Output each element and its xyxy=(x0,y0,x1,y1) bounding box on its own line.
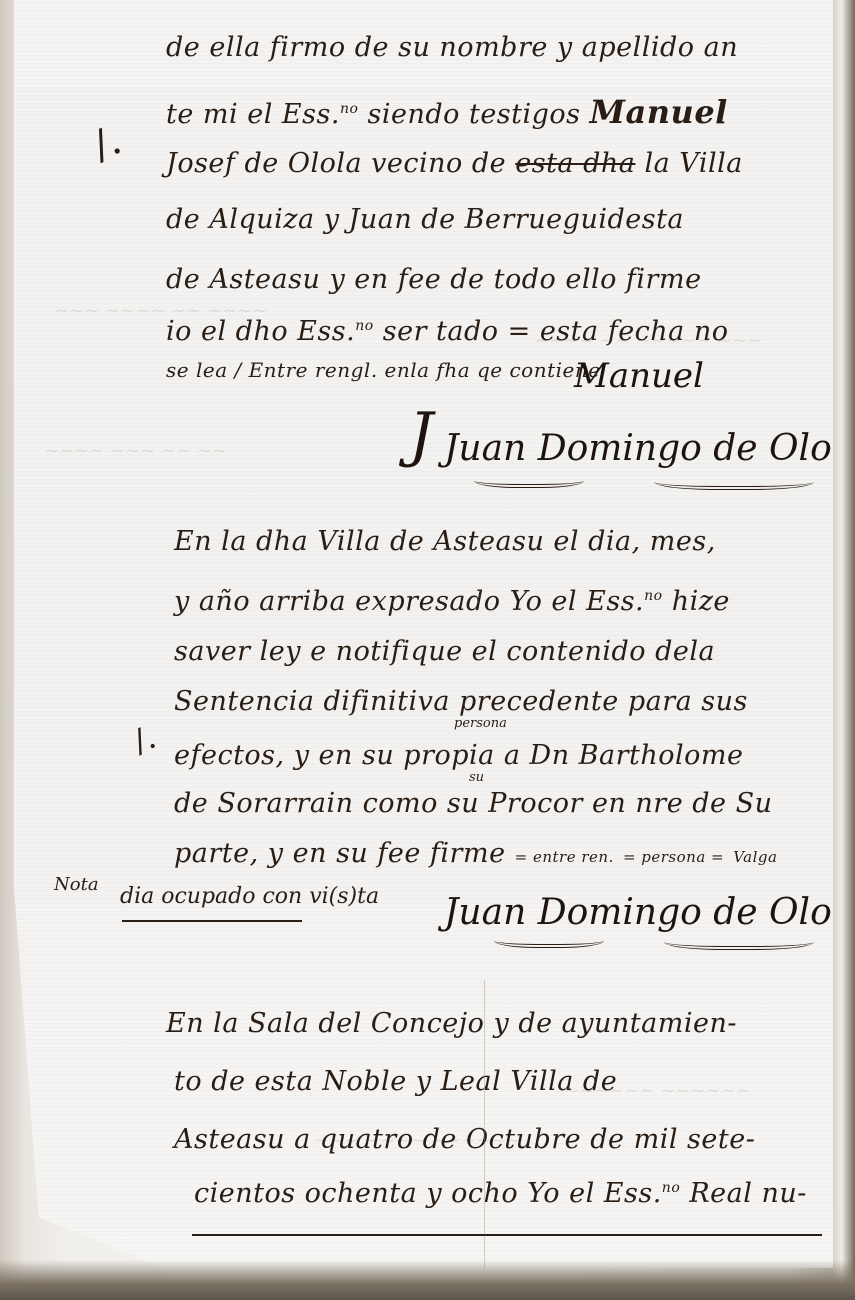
signature: Juan Domingo de Olola xyxy=(444,428,855,469)
signature-initial: J xyxy=(409,400,433,470)
text-span: io el dho Ess. xyxy=(166,316,355,347)
superscript: no xyxy=(340,101,358,117)
text-span: hize xyxy=(672,586,730,617)
underline-rule xyxy=(122,920,302,922)
text-span: = persona = xyxy=(623,848,724,866)
superscript: no xyxy=(662,1180,680,1196)
text-span: Valga xyxy=(733,848,777,866)
closing-rule xyxy=(192,1234,822,1236)
struck-text: esta dha xyxy=(515,148,635,179)
interlinear-insert: su xyxy=(469,770,484,785)
text-span: te mi el Ess. xyxy=(166,99,340,130)
text-line: Josef de Olola vecino de esta dha la Vil… xyxy=(166,150,743,177)
signature-flourish xyxy=(474,470,584,488)
superscript: no xyxy=(644,588,662,604)
signature: Manuel xyxy=(574,356,704,396)
superscript: no xyxy=(355,318,373,334)
text-line: En la dha Villa de Asteasu el dia, mes, xyxy=(174,528,716,555)
text-span: cientos ochenta y ocho Yo el Ess. xyxy=(194,1178,662,1209)
text-line: to de esta Noble y Leal Villa de xyxy=(174,1068,617,1095)
text-span: Josef de Olola vecino de xyxy=(166,148,506,179)
text-span: la Villa xyxy=(644,148,742,179)
interlinear-insert: persona xyxy=(454,716,507,731)
text-span: parte, y en su fee firme xyxy=(174,838,506,869)
text-span: = entre ren. xyxy=(515,848,614,866)
text-line: de Alquiza y Juan de Berrueguidesta xyxy=(166,206,684,233)
document-scan: ~~~ ~~~~ ~~ ~~~~ ~~~~ ~~ ~~~~~ ~~~ ~~~~ … xyxy=(0,0,855,1300)
text-line: de Sorarrain como su Procor en nre de Su xyxy=(174,790,773,817)
bleed-through-text: ~~~~ ~~~ ~~ ~~ xyxy=(44,440,227,461)
text-line: y año arriba expresado Yo el Ess.no hize xyxy=(174,588,730,615)
text-span: efectos, y en su propia xyxy=(174,740,495,771)
text-line: de Asteasu y en fee de todo ello firme xyxy=(166,266,702,293)
text-span: Real nu- xyxy=(689,1178,807,1209)
text-line: io el dho Ess.no ser tado = esta fecha n… xyxy=(166,318,729,345)
text-line: se lea / Entre rengl. enla fha qe contie… xyxy=(166,360,601,380)
text-line: Asteasu a quatro de Octubre de mil sete- xyxy=(174,1126,755,1153)
manuscript-page: ~~~ ~~~~ ~~ ~~~~ ~~~~ ~~ ~~~~~ ~~~ ~~~~ … xyxy=(14,0,838,1268)
signature-flourish xyxy=(664,930,814,950)
text-span: ser tado = esta fecha no xyxy=(383,316,729,347)
text-span: Manuel xyxy=(590,93,728,131)
text-span: y año arriba expresado Yo el Ess. xyxy=(174,586,644,617)
text-line: saver ley e notifique el contenido dela xyxy=(174,638,715,665)
text-line: Sentencia difinitiva precedente para sus xyxy=(174,688,748,715)
margin-note-text: dia ocupado con vi(s)ta xyxy=(120,884,379,909)
signature-flourish xyxy=(654,470,814,490)
text-span: a Dn Bartholome xyxy=(504,740,744,771)
signature-flourish xyxy=(494,930,604,948)
text-line: cientos ochenta y ocho Yo el Ess.no Real… xyxy=(194,1180,807,1207)
page-binding-edge xyxy=(833,0,855,1300)
text-line: te mi el Ess.no siendo testigos Manuel xyxy=(166,96,728,128)
paper-fold xyxy=(484,980,485,1280)
text-line: parte, y en su fee firme = entre ren. = … xyxy=(174,840,777,867)
text-line: En la Sala del Concejo y de ayuntamien- xyxy=(166,1010,737,1037)
margin-note-label: Nota xyxy=(54,874,99,895)
text-line: efectos, y en su propia a Dn Bartholome xyxy=(174,742,744,769)
text-span: siendo testigos xyxy=(367,99,580,130)
text-line: de ella firmo de su nombre y apellido an xyxy=(166,34,738,61)
margin-mark: /. xyxy=(87,117,127,169)
margin-mark: /. xyxy=(128,718,161,761)
page-bottom-shadow xyxy=(0,1260,855,1300)
signature: Juan Domingo de Olola xyxy=(444,892,855,933)
